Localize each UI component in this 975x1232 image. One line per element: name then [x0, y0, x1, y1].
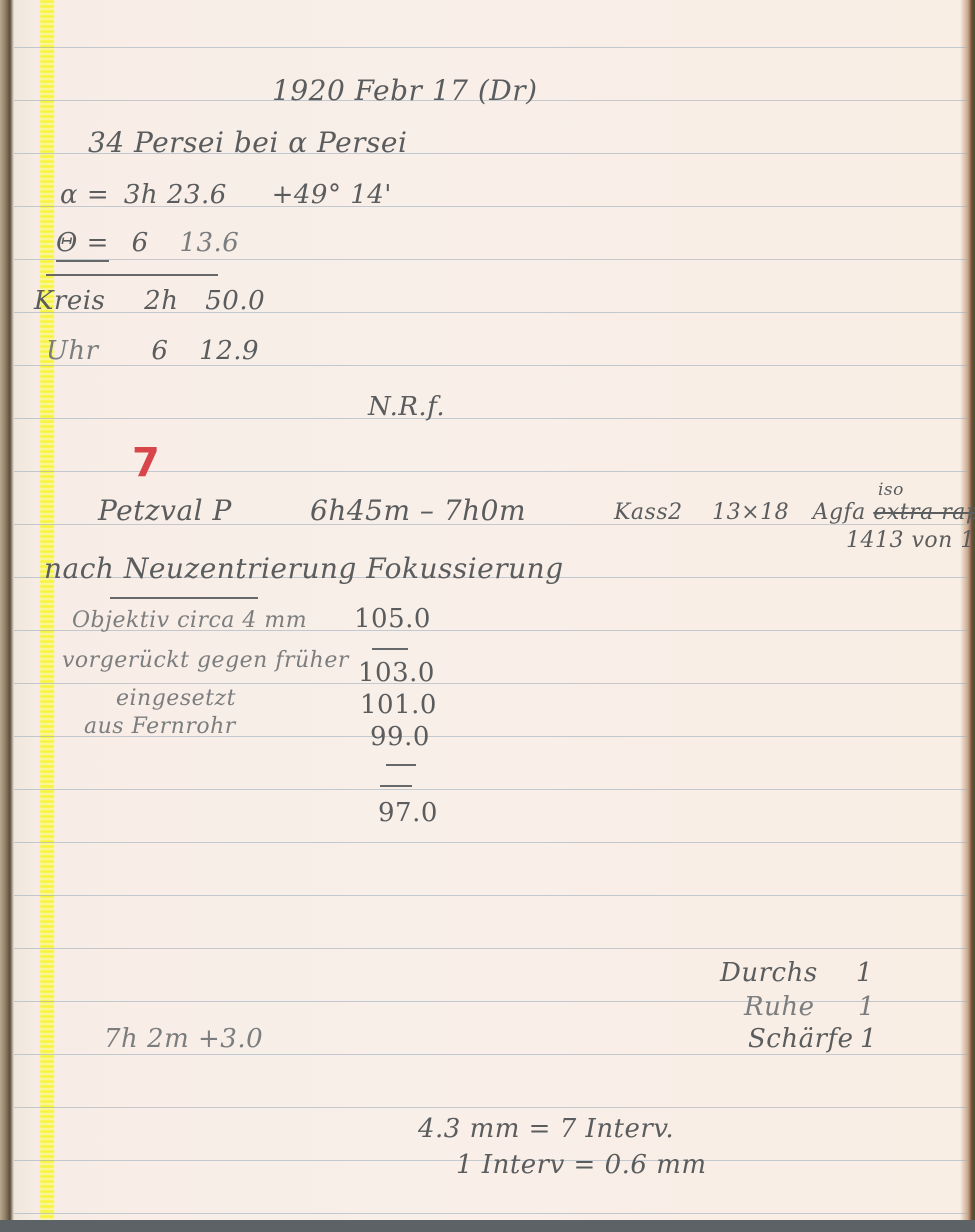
focus-note-3: eingesetzt [116, 686, 236, 711]
quality-value-3: 1 [860, 1024, 877, 1054]
coordinates-row: α = 3h 23.6 +49° 14' [60, 180, 392, 210]
focus-reading-5: 97.0 [378, 798, 438, 828]
kreis-minutes: 50.0 [205, 286, 265, 316]
focus-heading: nach Neuzentrierung Fokussierung [44, 552, 564, 585]
focus-note-1: Objektiv circa 4 mm [72, 608, 307, 633]
declination: +49° 14' [272, 180, 392, 210]
reading-mark [372, 648, 408, 650]
ruled-line [14, 842, 968, 843]
ruled-line [14, 1001, 968, 1002]
quality-value-1: 1 [856, 958, 873, 988]
ruled-line [14, 895, 968, 896]
right-ascension: 3h 23.6 [124, 180, 227, 210]
theta-minutes: 13.6 [179, 228, 239, 258]
ruled-line [14, 1107, 968, 1108]
quality-value-2: 1 [858, 992, 875, 1022]
quality-label-2: Ruhe [744, 992, 814, 1022]
time-correction: 7h 2m +3.0 [104, 1024, 263, 1054]
reading-mark [386, 764, 416, 766]
theta-label: Θ = [56, 228, 109, 262]
ruled-line [14, 1054, 968, 1055]
ruled-line [14, 47, 968, 48]
uhr-row: Uhr 6 12.9 [46, 336, 259, 366]
uhr-minutes: 12.9 [199, 336, 259, 366]
nrf-note: N.R.f. [368, 392, 445, 422]
kreis-row: Kreis 2h 50.0 [34, 286, 265, 316]
uhr-hours: 6 [151, 336, 168, 366]
yellow-margin-highlight [40, 0, 54, 1220]
plate-batch: 1413 von 1916 [846, 528, 975, 553]
object-line: 34 Persei bei α Persei [88, 126, 407, 159]
plate-brand: Agfa [813, 500, 866, 525]
scale-note-2: 1 Interv = 0.6 mm [456, 1150, 707, 1180]
focus-heading-underline [110, 597, 258, 599]
struck-word: extra rap. [873, 500, 975, 525]
alpha-label: α = [60, 180, 109, 210]
kreis-label: Kreis [34, 286, 105, 316]
ruled-line [14, 1213, 968, 1214]
cassette-note: Kass2 13×18 Agfa extra rap. [614, 500, 975, 525]
plate-format: 13×18 [712, 500, 789, 525]
focus-reading-3: 101.0 [360, 690, 437, 720]
notebook-page: 1920 Febr 17 (Dr) 34 Persei bei α Persei… [0, 0, 975, 1220]
plate-number: 7 [132, 440, 160, 486]
quality-label-3: Schärfe [748, 1024, 854, 1054]
scale-note-1: 4.3 mm = 7 Interv. [418, 1114, 674, 1144]
focus-note-4: aus Fernrohr [84, 714, 236, 739]
focus-note-2: vorgerückt gegen früher [62, 648, 349, 673]
page-bottom-edge [0, 1220, 975, 1232]
ruled-line [14, 683, 968, 684]
ruled-line [14, 789, 968, 790]
reading-mark [380, 785, 412, 787]
theta-row: Θ = 6 13.6 [56, 228, 239, 258]
kreis-hours: 2h [144, 286, 178, 316]
exposure-time: 6h45m – 7h0m [310, 494, 526, 527]
sum-rule [46, 274, 218, 276]
uhr-label: Uhr [46, 336, 99, 366]
ruled-line [14, 418, 968, 419]
date-header: 1920 Febr 17 (Dr) [272, 74, 538, 107]
ruled-line [14, 259, 968, 260]
cassette-label: Kass2 [614, 500, 683, 525]
inserted-word: iso [878, 480, 904, 500]
focus-reading-2: 103.0 [358, 658, 435, 688]
quality-label-1: Durchs [720, 958, 818, 988]
focus-reading-4: 99.0 [370, 722, 430, 752]
ruled-line [14, 948, 968, 949]
focus-reading-1: 105.0 [354, 604, 431, 634]
instrument: Petzval P [98, 494, 232, 527]
theta-hours: 6 [132, 228, 149, 258]
binding-edge [0, 0, 12, 1220]
